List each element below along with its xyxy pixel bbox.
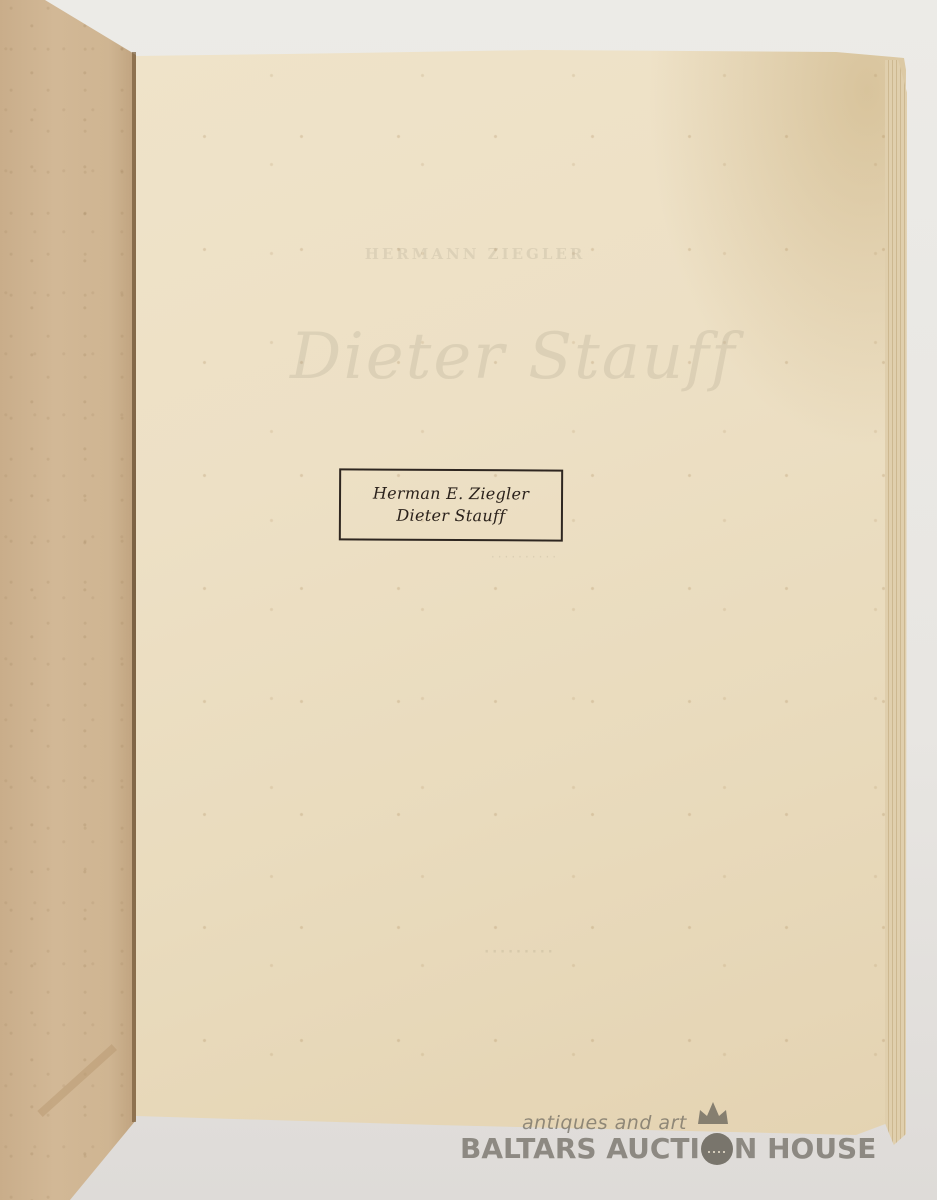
photo-background: HERMANN ZIEGLER Dieter Stauff ··········… [0, 0, 937, 1200]
page-edges [885, 60, 907, 1145]
show-through-publisher: ········· [425, 945, 615, 960]
show-through-author: HERMANN ZIEGLER [340, 245, 610, 263]
inside-cover-page [0, 0, 136, 1200]
auction-house-watermark: antiques and art BALTARS AUCTI N HOUSE [460, 1102, 860, 1172]
watermark-name-part1: BALTARS AUCTI [460, 1132, 700, 1165]
printed-name-label: Herman E. Ziegler Dieter Stauff [339, 468, 563, 541]
watermark-tagline: antiques and art [522, 1112, 687, 1134]
watermark-name-part2: N HOUSE [734, 1132, 876, 1165]
show-through-title: Dieter Stauff [290, 320, 690, 394]
watermark-o-emblem [701, 1133, 733, 1165]
label-author-name: Herman E. Ziegler [373, 485, 529, 504]
crown-icon [696, 1102, 730, 1126]
book-gutter [132, 52, 136, 1122]
title-page [136, 50, 906, 1135]
label-book-title: Dieter Stauff [396, 507, 505, 526]
show-through-subtitle: ·········· [430, 550, 620, 564]
watermark-name: BALTARS AUCTI N HOUSE [460, 1132, 876, 1165]
